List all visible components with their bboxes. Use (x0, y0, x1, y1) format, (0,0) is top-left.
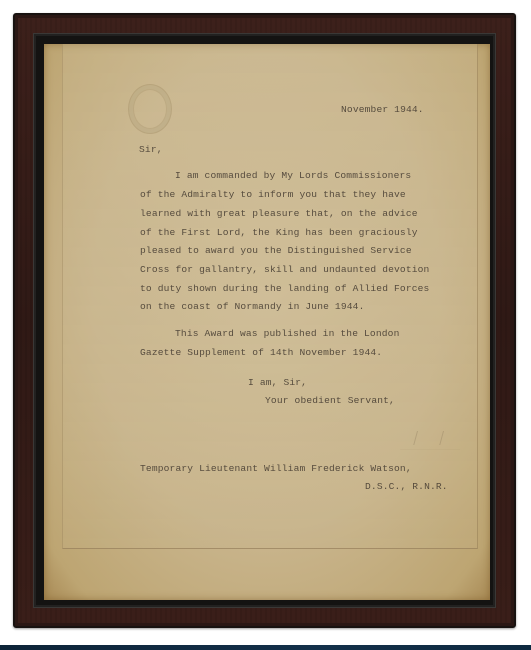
paper-mat: November 1944. Sir, I am commanded by My… (44, 44, 490, 600)
bottom-banner-bar (0, 645, 531, 650)
body-line: learned with great pleasure that, on the… (140, 208, 418, 219)
embossed-admiralty-seal-icon (128, 84, 172, 134)
body-line: pleased to award you the Distinguished S… (140, 245, 412, 256)
picture-frame: November 1944. Sir, I am commanded by My… (13, 13, 516, 628)
closing-line: I am, Sir, (248, 377, 307, 388)
closing-line: Your obedient Servant, (265, 395, 395, 406)
body-line: to duty shown during the landing of Alli… (140, 283, 429, 294)
recipient-postnominals: D.S.C., R.N.R. (365, 481, 448, 492)
body-line: This Award was published in the London (175, 328, 399, 339)
body-line: of the Admiralty to inform you that they… (140, 189, 406, 200)
body-line: of the First Lord, the King has been gra… (140, 227, 418, 238)
recipient-name: Temporary Lieutenant William Frederick W… (140, 463, 412, 474)
faint-signature (400, 427, 466, 450)
body-line: on the coast of Normandy in June 1944. (140, 301, 364, 312)
body-line: Gazette Supplement of 14th November 1944… (140, 347, 382, 358)
letter-salutation: Sir, (139, 144, 163, 155)
body-line: I am commanded by My Lords Commissioners (175, 170, 411, 181)
body-line: Cross for gallantry, skill and undaunted… (140, 264, 429, 275)
letter-date: November 1944. (341, 104, 424, 115)
letter-sheet: November 1944. Sir, I am commanded by My… (62, 44, 478, 549)
